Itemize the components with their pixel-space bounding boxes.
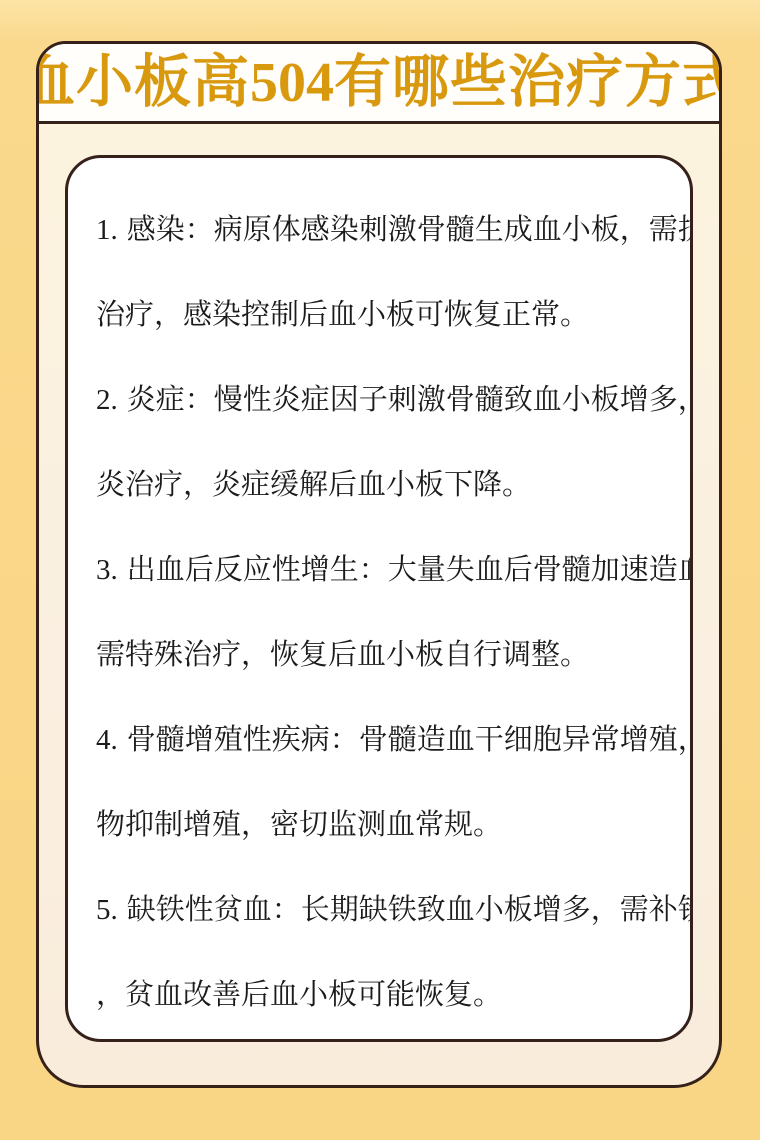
list-item-1-line-1: 1.感染：病原体感染刺激骨髓生成血小板，需抗感染 <box>96 188 666 273</box>
title-banner: 血小板高504有哪些治疗方式 <box>39 44 719 124</box>
list-item-2-number: 2. <box>96 384 118 416</box>
treatment-list-panel: 1.感染：病原体感染刺激骨髓生成血小板，需抗感染 治疗，感染控制后血小板可恢复正… <box>65 155 693 1042</box>
list-item-5-line-2: ，贫血改善后血小板可能恢复。 <box>96 953 666 1038</box>
list-item-2: 2.炎症：慢性炎症因子刺激骨髓致血小板增多，需抗 炎治疗，炎症缓解后血小板下降。 <box>96 358 666 528</box>
list-item-5: 5.缺铁性贫血：长期缺铁致血小板增多，需补铁治疗 ，贫血改善后血小板可能恢复。 <box>96 868 666 1038</box>
list-item-1-number: 1. <box>96 214 118 246</box>
list-item-5-text: 缺铁性贫血：长期缺铁致血小板增多，需补铁治疗 <box>127 894 693 926</box>
list-item-4-text: 骨髓增殖性疾病：骨髓造血干细胞异常增殖，需药 <box>127 724 693 756</box>
title-number: 504 <box>250 52 334 114</box>
list-item-1-text: 感染：病原体感染刺激骨髓生成血小板，需抗感染 <box>127 214 693 246</box>
title-suffix: 有哪些治疗方式 <box>334 50 722 114</box>
list-item-4: 4.骨髓增殖性疾病：骨髓造血干细胞异常增殖，需药 物抑制增殖，密切监测血常规。 <box>96 698 666 868</box>
list-item-4-line-1: 4.骨髓增殖性疾病：骨髓造血干细胞异常增殖，需药 <box>96 698 666 783</box>
list-item-5-number: 5. <box>96 894 118 926</box>
list-item-2-text: 炎症：慢性炎症因子刺激骨髓致血小板增多，需抗 <box>127 384 693 416</box>
list-item-3-number: 3. <box>96 554 118 586</box>
card-body: 1.感染：病原体感染刺激骨髓生成血小板，需抗感染 治疗，感染控制后血小板可恢复正… <box>39 124 719 1085</box>
list-item-2-line-1: 2.炎症：慢性炎症因子刺激骨髓致血小板增多，需抗 <box>96 358 666 443</box>
list-item-3-line-1: 3.出血后反应性增生：大量失血后骨髓加速造血，无 <box>96 528 666 613</box>
list-item-5-line-1: 5.缺铁性贫血：长期缺铁致血小板增多，需补铁治疗 <box>96 868 666 953</box>
list-item-3-line-2: 需特殊治疗，恢复后血小板自行调整。 <box>96 613 666 698</box>
list-item-1: 1.感染：病原体感染刺激骨髓生成血小板，需抗感染 治疗，感染控制后血小板可恢复正… <box>96 188 666 358</box>
list-item-4-line-2: 物抑制增殖，密切监测血常规。 <box>96 783 666 868</box>
list-item-3-text: 出血后反应性增生：大量失血后骨髓加速造血，无 <box>127 554 693 586</box>
content-card: 血小板高504有哪些治疗方式 1.感染：病原体感染刺激骨髓生成血小板，需抗感染 … <box>36 41 722 1088</box>
list-item-3: 3.出血后反应性增生：大量失血后骨髓加速造血，无 需特殊治疗，恢复后血小板自行调… <box>96 528 666 698</box>
list-item-1-line-2: 治疗，感染控制后血小板可恢复正常。 <box>96 273 666 358</box>
list-item-4-number: 4. <box>96 724 118 756</box>
list-item-2-line-2: 炎治疗，炎症缓解后血小板下降。 <box>96 443 666 528</box>
page-title: 血小板高504有哪些治疗方式 <box>36 54 722 111</box>
title-prefix: 血小板高 <box>36 50 250 114</box>
